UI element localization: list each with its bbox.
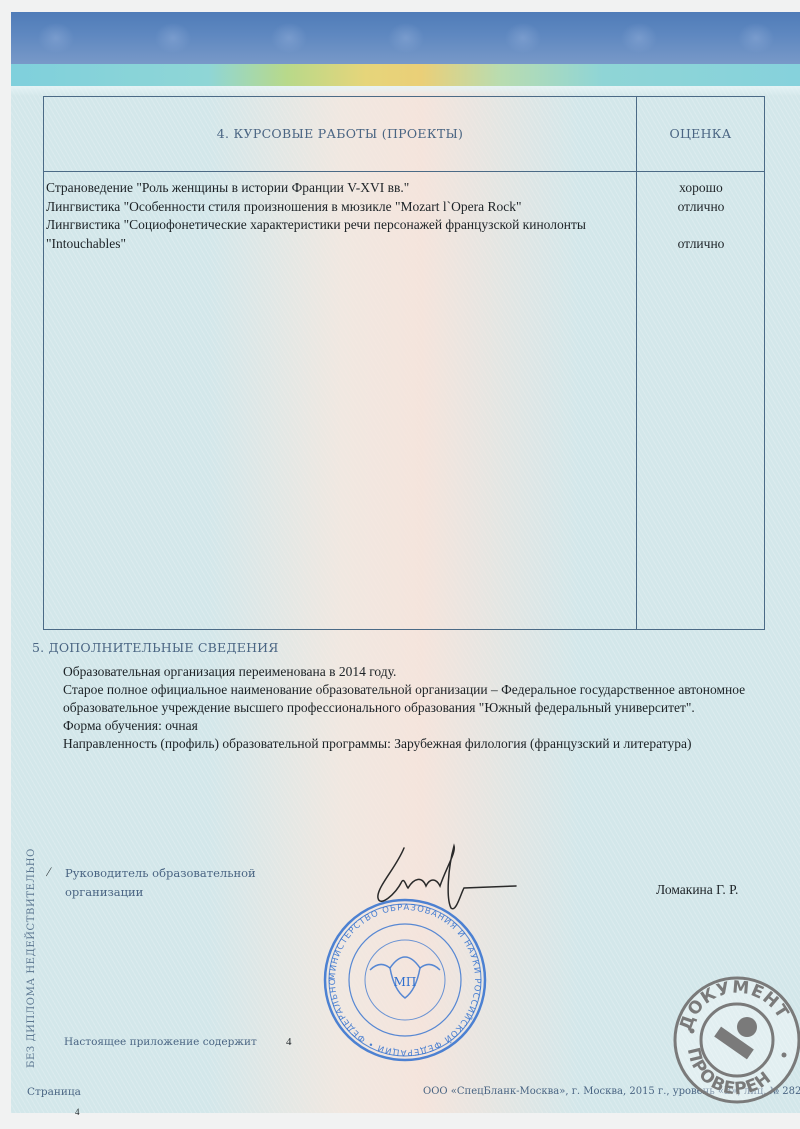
coursework-grade: хорошо bbox=[637, 179, 765, 198]
pages-count-value: 4 bbox=[286, 1036, 292, 1048]
validity-notice: БЕЗ ДИПЛОМА НЕДЕЙСТВИТЕЛЬНО bbox=[26, 848, 37, 1068]
table-row: Страноведение "Роль женщины в истории Фр… bbox=[45, 179, 765, 198]
coursework-rows: Страноведение "Роль женщины в истории Фр… bbox=[45, 179, 765, 253]
signer-role-line: Руководитель образовательной bbox=[65, 864, 265, 883]
header-divider bbox=[44, 171, 764, 172]
additional-info-title: 5. ДОПОЛНИТЕЛЬНЫЕ СВЕДЕНИЯ bbox=[32, 640, 279, 655]
signature-icon bbox=[356, 838, 526, 918]
info-line: Форма обучения: очная bbox=[63, 717, 763, 735]
coursework-title: Лингвистика "Социофонетические характери… bbox=[45, 216, 586, 253]
signer-name: Ломакина Г. Р. bbox=[656, 882, 738, 898]
page-number: 4 bbox=[75, 1107, 80, 1117]
coursework-header: 4. КУРСОВЫЕ РАБОТЫ (ПРОЕКТЫ) bbox=[44, 97, 636, 171]
info-line: Образовательная организация переименован… bbox=[63, 663, 763, 681]
page-label: Страница bbox=[27, 1086, 81, 1098]
signer-role: Руководитель образовательной организации bbox=[65, 864, 265, 902]
info-line: Старое полное официальное наименование о… bbox=[63, 681, 763, 717]
document-verified-stamp-icon: ДОКУМЕНТ ПРОВЕРЕН bbox=[672, 975, 800, 1105]
signer-role-line: организации bbox=[65, 883, 265, 902]
table-row: Лингвистика "Социофонетические характери… bbox=[45, 216, 765, 253]
coursework-grade: отлично bbox=[637, 235, 765, 254]
coursework-title: Лингвистика "Особенности стиля произноше… bbox=[45, 198, 636, 217]
coursework-grade: отлично bbox=[637, 198, 765, 217]
table-row: Лингвистика "Особенности стиля произноше… bbox=[45, 198, 765, 217]
pages-count-label: Настоящее приложение содержит bbox=[64, 1036, 257, 1048]
coursework-table: 4. КУРСОВЫЕ РАБОТЫ (ПРОЕКТЫ) ОЦЕНКА Стра… bbox=[43, 96, 765, 630]
band-fade bbox=[11, 86, 800, 96]
guilloche-top-band bbox=[11, 12, 800, 64]
svg-text:МИНИСТЕРСТВО ОБРАЗОВАНИЯ И НАУ: МИНИСТЕРСТВО ОБРАЗОВАНИЯ И НАУКИ РОССИЙС… bbox=[300, 898, 482, 1057]
official-seal-icon: МИНИСТЕРСТВО ОБРАЗОВАНИЯ И НАУКИ РОССИЙС… bbox=[300, 898, 510, 1063]
grade-header: ОЦЕНКА bbox=[637, 97, 764, 171]
additional-info-body: Образовательная организация переименован… bbox=[63, 663, 763, 753]
iris-print-band bbox=[11, 64, 800, 86]
info-line: Направленность (профиль) образовательной… bbox=[63, 735, 703, 753]
column-divider bbox=[636, 97, 637, 629]
seal-center-text: МП bbox=[394, 975, 417, 989]
coursework-title: Страноведение "Роль женщины в истории Фр… bbox=[45, 179, 606, 198]
